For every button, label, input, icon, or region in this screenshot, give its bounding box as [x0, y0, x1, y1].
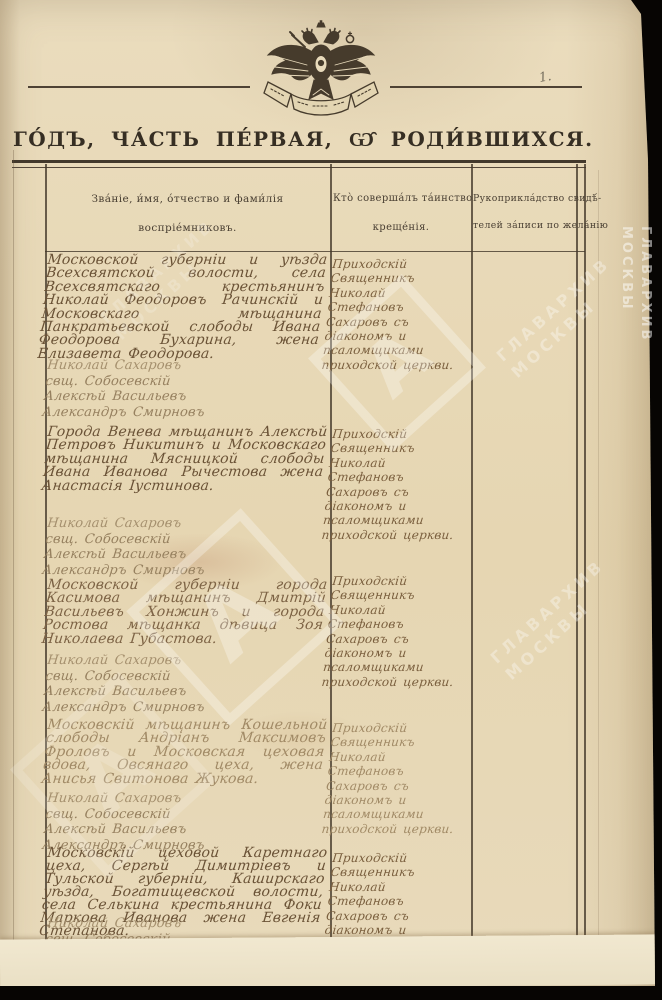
imperial-double-eagle-emblem — [251, 20, 391, 124]
header-officiant-line1: Кто̀ соверша́лъ та́инство — [333, 193, 469, 204]
archive-scan: ГО́ДЪ, ЧА́СТЬ ПЕ́РВАЯ, Ѡ̑ РОДИ́ВШИХСЯ. З… — [0, 0, 662, 1000]
header-officiant-line2: креще́нія. — [333, 222, 469, 233]
entry-2-signatures: Николай Сахаровъсвщ. СобосевскійАлексѣй … — [41, 516, 328, 578]
entry-4-officiant: Приходскій Священникъ Николай Стефановъ … — [321, 721, 469, 836]
header-signatures-line1: Рукоприкла́дство свидѣ́- — [473, 193, 577, 204]
top-rule-right — [390, 86, 582, 88]
entry-1-signatures: Николай Сахаровъсвщ. СобосевскійАлексѣй … — [41, 358, 328, 420]
header-godparents-line2: воспріе́мниковъ. — [50, 222, 325, 234]
left-fold-crease — [13, 150, 14, 986]
right-margin-crease — [598, 170, 599, 982]
entry-2-officiant: Приходскій Священникъ Николай Стефановъ … — [321, 427, 469, 542]
entry-2-godparents: Города Венева мѣщанинъ Алексѣй Петровъ Н… — [41, 426, 328, 493]
table-border-right-inner — [576, 164, 578, 948]
underlying-page-edge — [0, 934, 656, 989]
entry-3-godparents: Московской губерніи города Касимова мѣща… — [41, 579, 328, 646]
pencil-page-number: 1. — [538, 69, 553, 86]
entry-4-signatures: Николай Сахаровъсвщ. СобосевскійАлексѣй … — [41, 791, 328, 853]
column-divider-2 — [471, 164, 473, 944]
entry-4-godparents: Московскій мѣщанинъ Кошельной слободы Ан… — [41, 719, 328, 786]
entry-3-officiant: Приходскій Священникъ Николай Стефановъ … — [321, 574, 469, 689]
entry-3-signatures: Николай Сахаровъсвщ. СобосевскійАлексѣй … — [41, 653, 328, 715]
entry-1-officiant: Приходскій Священникъ Николай Стефановъ … — [321, 257, 469, 372]
table-border-right-outer — [584, 164, 586, 948]
entry-1-godparents: Московской губерніи и уѣзда Всехсвятской… — [37, 254, 328, 361]
header-signatures-line2: телей за́писи по жела́нію — [473, 220, 577, 231]
title-underline — [12, 160, 586, 168]
header-godparents-line1: Зва́ніе, и́мя, о́тчество и фами́лія — [50, 193, 325, 205]
page-title: ГО́ДЪ, ЧА́СТЬ ПЕ́РВАЯ, Ѡ̑ РОДИ́ВШИХСЯ. — [13, 127, 613, 152]
top-rule-left — [28, 86, 250, 88]
register-page: ГО́ДЪ, ЧА́СТЬ ПЕ́РВАЯ, Ѡ̑ РОДИ́ВШИХСЯ. З… — [0, 0, 662, 1000]
